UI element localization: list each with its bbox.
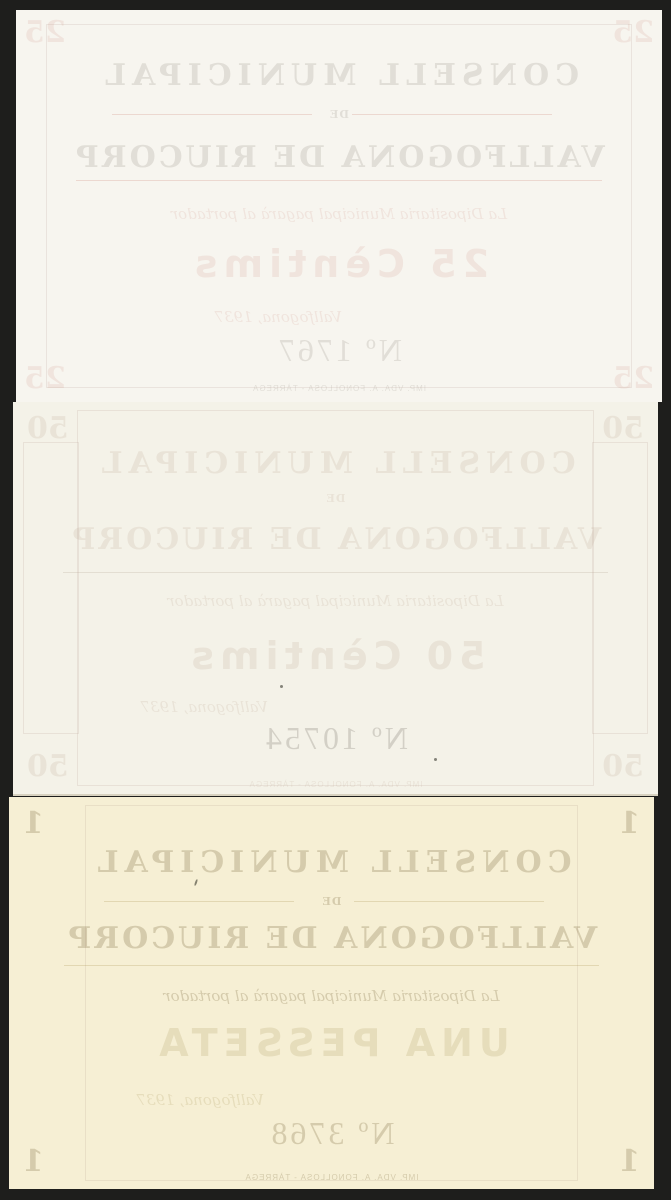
banknote-una-pesseta: 1 1 1 1 CONSELL MUNICIPAL DE VALLFOGONA …: [9, 797, 654, 1189]
corner-value: 1: [23, 809, 44, 839]
printer-imprint: IMP. VDA. A. FONOLLOSA - TÀRREGA: [16, 384, 662, 393]
note-title: CONSELL MUNICIPAL: [13, 446, 658, 481]
printer-imprint: IMP. VDA. A. FONOLLOSA - TÀRREGA: [13, 780, 658, 789]
note-town: VALLFOGONA DE RIUCORP: [16, 140, 662, 175]
denomination: UNA PESSETA: [9, 1021, 654, 1065]
payment-promise: La Dipositaria Municipal pagarà al porta…: [13, 592, 658, 610]
banknote-25-centims: 25 25 25 25 CONSELL MUNICIPAL DE VALLFOG…: [16, 10, 662, 402]
denomination: 25 Cèntims: [16, 242, 662, 286]
note-title: CONSELL MUNICIPAL: [16, 58, 662, 93]
paper-speck: [434, 758, 437, 761]
corner-value: 50: [602, 414, 644, 444]
paper-speck: [280, 685, 283, 688]
note-de: DE: [9, 895, 654, 908]
note-de: DE: [13, 492, 658, 505]
corner-value: 1: [619, 809, 640, 839]
printer-imprint: IMP. VDA. A. FONOLLOSA - TÀRREGA: [9, 1173, 654, 1182]
payment-promise: La Dipositaria Municipal pagarà al porta…: [9, 987, 654, 1005]
mirrored-show-through: 1 1 1 1 CONSELL MUNICIPAL DE VALLFOGONA …: [9, 797, 654, 1189]
note-town: VALLFOGONA DE RIUCORP: [9, 921, 654, 956]
corner-value: 25: [24, 18, 66, 48]
serial-number: Nº 3768: [9, 1115, 654, 1152]
serial-number: Nº 1767: [16, 332, 662, 369]
divider: [64, 965, 599, 966]
issue-date: Vallfogona, 1937: [13, 698, 268, 716]
payment-promise: La Dipositaria Municipal pagarà al porta…: [16, 205, 662, 223]
issue-date: Vallfogona, 1937: [16, 308, 342, 326]
side-panel: [23, 442, 79, 734]
side-panel: [592, 442, 648, 734]
mirrored-show-through: 50 50 50 50 CONSELL MUNICIPAL DE VALLFOG…: [13, 402, 658, 794]
note-town: VALLFOGONA DE RIUCORP: [13, 522, 658, 557]
banknote-50-centims: 50 50 50 50 CONSELL MUNICIPAL DE VALLFOG…: [13, 402, 658, 796]
corner-value: 25: [612, 18, 654, 48]
note-title: CONSELL MUNICIPAL: [9, 845, 654, 880]
serial-number: Nº 10754: [13, 720, 658, 757]
issue-date: Vallfogona, 1937: [9, 1091, 264, 1109]
note-de: DE: [16, 108, 662, 121]
corner-value: 50: [27, 414, 69, 444]
denomination: 50 Cèntims: [13, 634, 658, 678]
divider: [63, 572, 608, 573]
mirrored-show-through: 25 25 25 25 CONSELL MUNICIPAL DE VALLFOG…: [16, 10, 662, 402]
divider: [76, 180, 602, 181]
